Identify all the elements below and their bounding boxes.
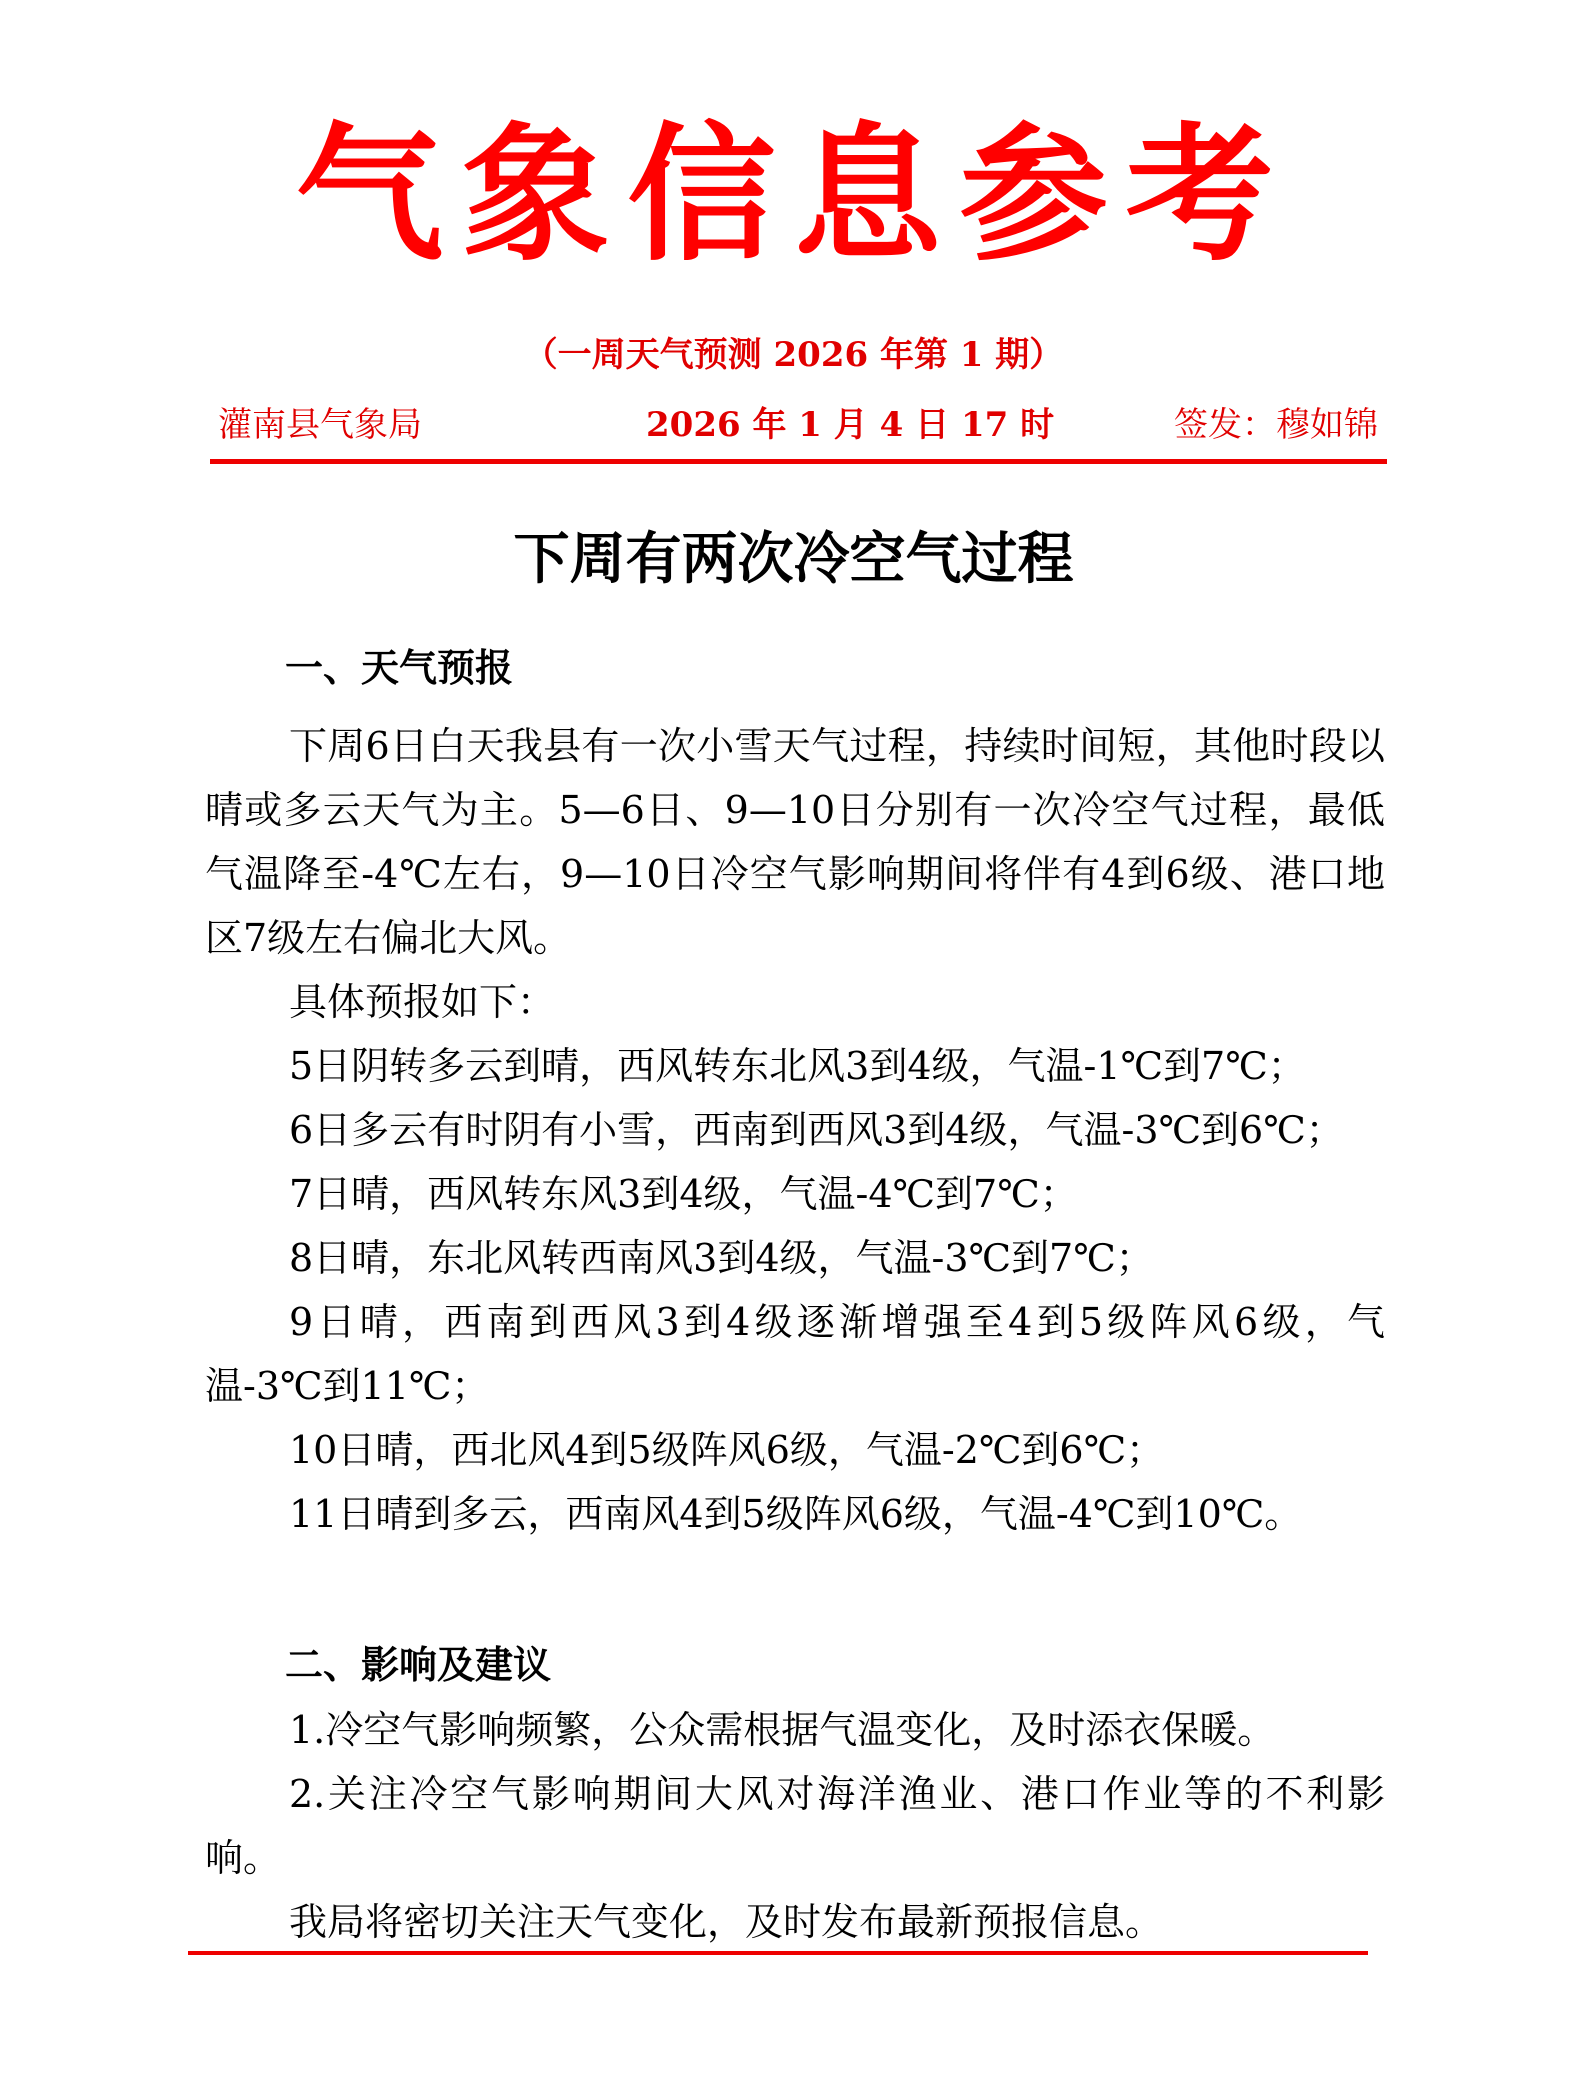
daily-forecast-item: 6日多云有时阴有小雪，西南到西风3到4级，气温-3℃到6℃；: [205, 1098, 1385, 1162]
forecast-summary: 下周6日白天我县有一次小雪天气过程，持续时间短，其他时段以晴或多云天气为主。5—…: [205, 714, 1385, 970]
advice-item: 1.冷空气影响频繁，公众需根据气温变化，及时添衣保暖。: [205, 1698, 1385, 1762]
masthead-title: 气象信息参考: [0, 110, 1587, 280]
meta-row: 灌南县气象局 2026 年 1 月 4 日 17 时 签发：穆如锦: [218, 402, 1378, 448]
daily-forecast-item: 9日晴，西南到西风3到4级逐渐增强至4到5级阵风6级，气温-3℃到11℃；: [205, 1290, 1385, 1418]
issue-line: （一周天气预测 2026 年第 1 期）: [0, 333, 1587, 377]
daily-forecast-item: 10日晴，西北风4到5级阵风6级，气温-2℃到6℃；: [205, 1418, 1385, 1482]
footer-divider: [188, 1951, 1368, 1955]
advice-body: 1.冷空气影响频繁，公众需根据气温变化，及时添衣保暖。 2.关注冷空气影响期间大…: [205, 1698, 1385, 1954]
closing-statement: 我局将密切关注天气变化，及时发布最新预报信息。: [205, 1890, 1385, 1954]
header-divider: [210, 459, 1387, 464]
daily-forecast-item: 5日阴转多云到晴，西风转东北风3到4级，气温-1℃到7℃；: [205, 1034, 1385, 1098]
signer: 签发：穆如锦: [1174, 402, 1378, 448]
section-heading-advice: 二、影响及建议: [285, 1640, 551, 1690]
daily-forecast-item: 11日晴到多云，西南风4到5级阵风6级，气温-4℃到10℃。: [205, 1482, 1385, 1546]
advice-item: 2.关注冷空气影响期间大风对海洋渔业、港口作业等的不利影响。: [205, 1762, 1385, 1890]
issuing-org: 灌南县气象局: [218, 402, 422, 448]
forecast-body: 下周6日白天我县有一次小雪天气过程，持续时间短，其他时段以晴或多云天气为主。5—…: [205, 714, 1385, 1546]
headline: 下周有两次冷空气过程: [0, 520, 1587, 600]
daily-forecast-item: 8日晴，东北风转西南风3到4级，气温-3℃到7℃；: [205, 1226, 1385, 1290]
daily-forecast-item: 7日晴，西风转东风3到4级，气温-4℃到7℃；: [205, 1162, 1385, 1226]
issue-date: 2026 年 1 月 4 日 17 时: [646, 402, 1054, 448]
forecast-intro: 具体预报如下：: [205, 970, 1385, 1034]
section-heading-forecast: 一、天气预报: [285, 643, 513, 693]
